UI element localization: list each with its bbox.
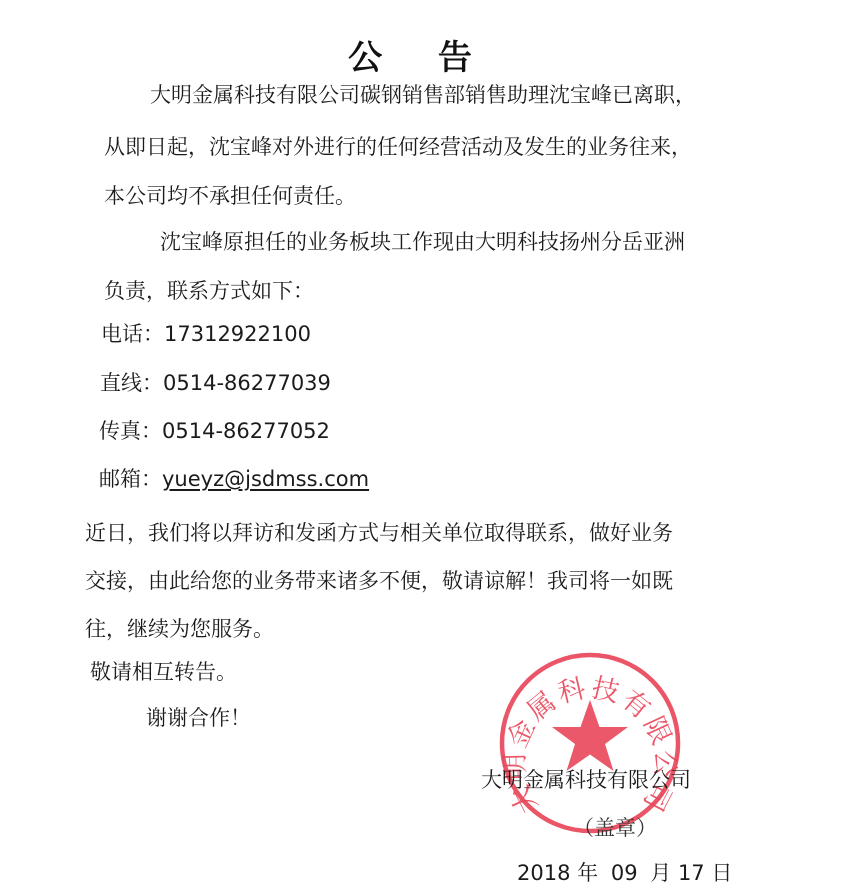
contact-email-label: 邮箱：	[99, 467, 162, 491]
closing-line-1: 近日，我们将以拜访和发函方式与相关单位取得联系，做好业务	[85, 523, 673, 544]
closing-thanks: 谢谢合作！	[146, 708, 251, 729]
date-day: 17	[678, 861, 705, 885]
signature-date: 2018 年 09 月 17 日	[517, 857, 732, 887]
date-month: 09	[611, 861, 638, 885]
contact-fax-label: 传真：	[99, 419, 162, 443]
paragraph-1-line-1: 大明金属科技有限公司碳钢销售部销售助理沈宝峰已离职，	[150, 85, 696, 106]
svg-text:大明金属科技有限公司: 大明金属科技有限公司	[500, 672, 681, 818]
company-seal-icon: 大明金属科技有限公司	[497, 650, 683, 836]
contact-fax: 传真：0514-86277052	[99, 421, 330, 442]
contact-email-link[interactable]: yueyz@jsdmss.com	[162, 467, 369, 491]
announcement-title: 公 告	[0, 30, 842, 79]
closing-line-3: 往，继续为您服务。	[85, 619, 274, 640]
contact-phone: 电话：17312922100	[101, 324, 311, 345]
date-year: 2018	[517, 861, 570, 885]
signature-company: 大明金属科技有限公司	[481, 764, 691, 794]
contact-phone-value: 17312922100	[164, 322, 311, 346]
date-month-label: 月	[650, 861, 671, 885]
paragraph-1-line-3: 本公司均不承担任何责任。	[104, 186, 356, 207]
seal-star-icon	[552, 700, 628, 771]
contact-direct-value: 0514-86277039	[163, 371, 331, 395]
contact-direct-label: 直线：	[100, 371, 163, 395]
paragraph-2-line-1: 沈宝峰原担任的业务板块工作现由大明科技扬州分岳亚洲	[160, 232, 685, 253]
paragraph-1-line-2: 从即日起，沈宝峰对外进行的任何经营活动及发生的业务往来，	[104, 137, 692, 158]
signature-stamp-note: （盖章）	[573, 812, 657, 842]
closing-notice: 敬请相互转告。	[90, 662, 237, 683]
date-day-label: 日	[711, 861, 732, 885]
contact-direct-line: 直线：0514-86277039	[100, 373, 331, 394]
contact-email: 邮箱：yueyz@jsdmss.com	[99, 469, 369, 490]
paragraph-2-line-2: 负责，联系方式如下：	[104, 281, 314, 302]
contact-phone-label: 电话：	[101, 322, 164, 346]
date-year-label: 年	[577, 861, 598, 885]
contact-fax-value: 0514-86277052	[162, 419, 330, 443]
closing-line-2: 交接，由此给您的业务带来诸多不便，敬请谅解！我司将一如既	[85, 571, 673, 592]
